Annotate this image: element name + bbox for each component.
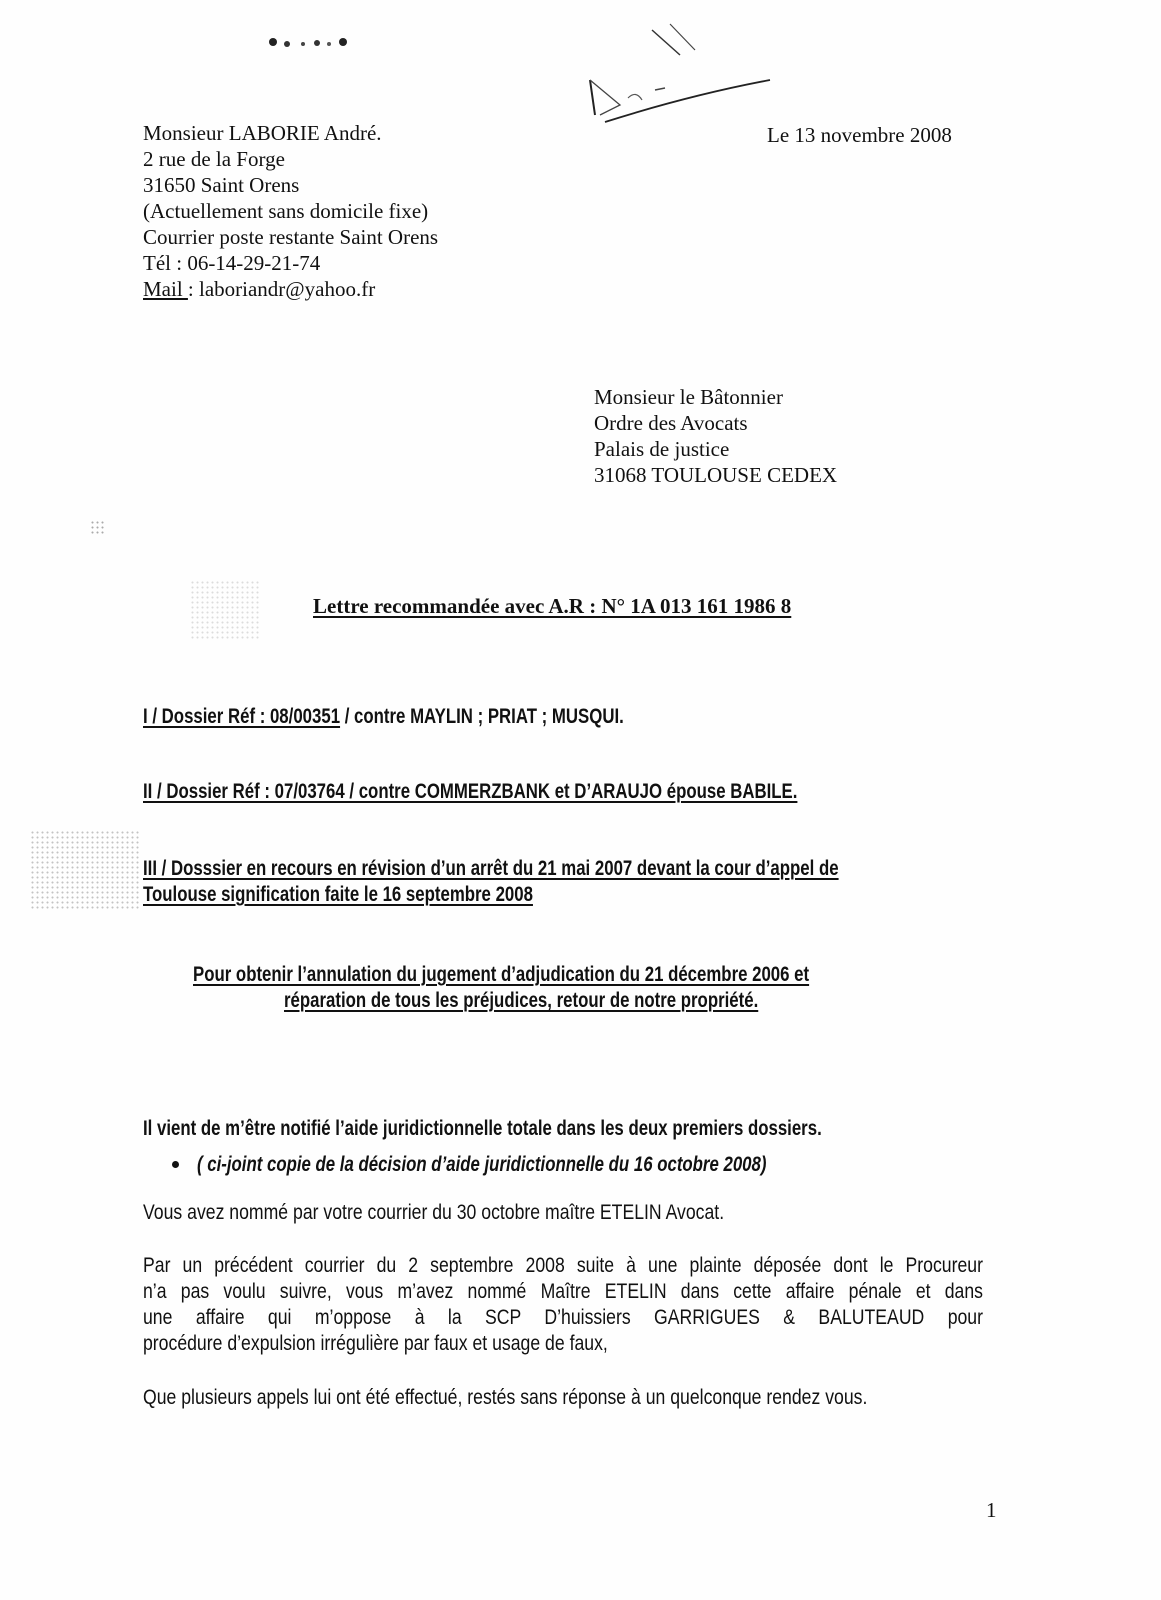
sender-street: 2 rue de la Forge xyxy=(143,146,438,172)
paragraph-1: Vous avez nommé par votre courrier du 30… xyxy=(143,1200,724,1226)
attachment-bullet: ( ci-joint copie de la décision d’aide j… xyxy=(172,1153,909,1177)
sender-email: Mail : laboriandr@yahoo.fr xyxy=(143,276,438,302)
recipient-city: 31068 TOULOUSE CEDEX xyxy=(594,462,837,488)
paragraph-2: Par un précédent courrier du 2 septembre… xyxy=(143,1253,983,1357)
scan-speckle xyxy=(90,520,104,534)
goal-line-2: réparation de tous les préjudices, retou… xyxy=(284,989,758,1013)
scan-speckle xyxy=(30,830,140,910)
reference-3-line-2: Toulouse signification faite le 16 septe… xyxy=(143,883,533,907)
attachment-note: ( ci-joint copie de la décision d’aide j… xyxy=(197,1153,766,1177)
reference-3-line-1: III / Dosssier en recours en révision d’… xyxy=(143,857,839,881)
reference-1-parties: / contre MAYLIN ; PRIAT ; MUSQUI. xyxy=(340,705,624,728)
recipient-organisation: Ordre des Avocats xyxy=(594,410,837,436)
scan-speckle xyxy=(190,580,260,640)
recipient-building: Palais de justice xyxy=(594,436,837,462)
reference-1-number: I / Dossier Réf : 08/00351 xyxy=(143,705,340,728)
paragraph-2-line: Par un précédent courrier du 2 septembre… xyxy=(143,1253,983,1279)
paragraph-2-line: une affaire qui m’oppose à la SCP D’huis… xyxy=(143,1305,983,1331)
sender-mail-address: Courrier poste restante Saint Orens xyxy=(143,224,438,250)
goal-line-1: Pour obtenir l’annulation du jugement d’… xyxy=(193,963,809,987)
mail-value: : laboriandr@yahoo.fr xyxy=(188,277,375,301)
reference-1: I / Dossier Réf : 08/00351 / contre MAYL… xyxy=(143,705,624,729)
page-number: 1 xyxy=(986,1498,997,1523)
sender-phone: Tél : 06-14-29-21-74 xyxy=(143,250,438,276)
sender-address-block: Monsieur LABORIE André. 2 rue de la Forg… xyxy=(143,120,438,302)
paragraph-2-line: procédure d’expulsion irrégulière par fa… xyxy=(143,1331,983,1357)
mail-label: Mail xyxy=(143,277,188,301)
paragraph-2-line: n’a pas voulu suivre, vous m’avez nommé … xyxy=(143,1279,983,1305)
registered-letter-number: Lettre recommandée avec A.R : N° 1A 013 … xyxy=(313,594,791,619)
handwritten-annotation xyxy=(570,10,780,130)
recipient-address-block: Monsieur le Bâtonnier Ordre des Avocats … xyxy=(594,384,837,488)
notification-statement: Il vient de m’être notifié l’aide juridi… xyxy=(143,1117,822,1141)
scan-smudge-mark xyxy=(265,30,375,55)
sender-note: (Actuellement sans domicile fixe) xyxy=(143,198,438,224)
sender-name: Monsieur LABORIE André. xyxy=(143,120,438,146)
reference-2: II / Dossier Réf : 07/03764 / contre COM… xyxy=(143,780,797,804)
letter-date: Le 13 novembre 2008 xyxy=(767,122,952,148)
paragraph-3: Que plusieurs appels lui ont été effectu… xyxy=(143,1385,867,1411)
sender-city: 31650 Saint Orens xyxy=(143,172,438,198)
bullet-icon xyxy=(172,1161,179,1168)
recipient-title: Monsieur le Bâtonnier xyxy=(594,384,837,410)
letter-page: Monsieur LABORIE André. 2 rue de la Forg… xyxy=(0,0,1161,1600)
